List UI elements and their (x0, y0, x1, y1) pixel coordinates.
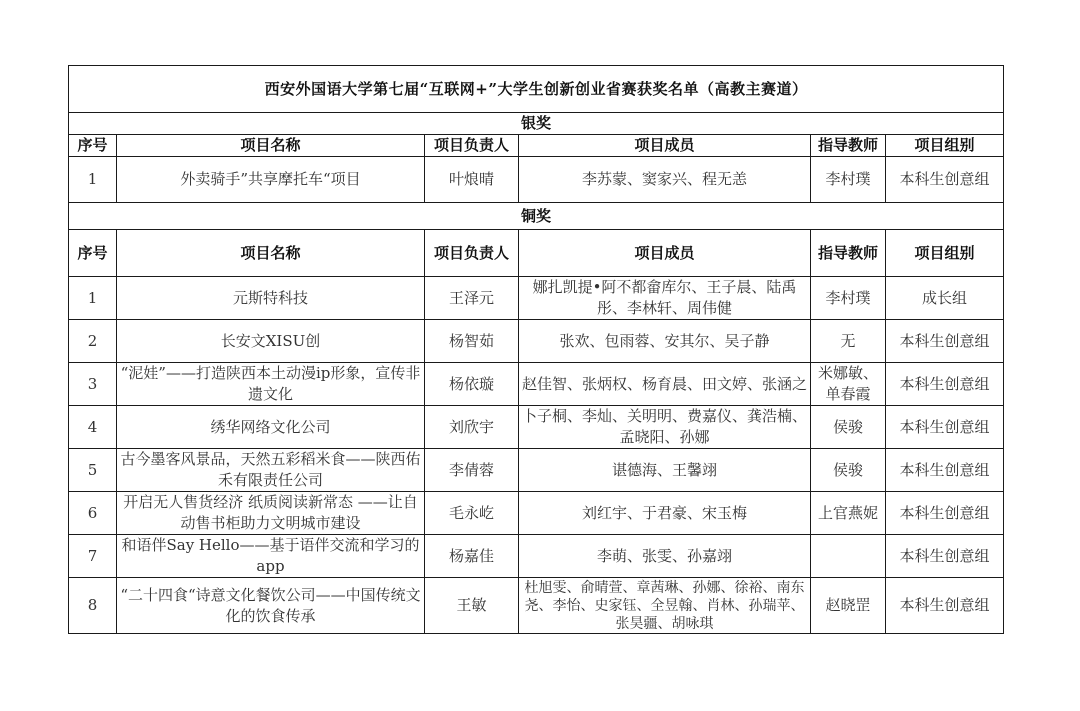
project-name: 古今墨客风景品，天然五彩稻米食——陕西佑禾有限责任公司 (117, 449, 425, 492)
table-row: 4 绣华网络文化公司 刘欣宇 卜子桐、李灿、关明明、费嘉仪、龚浩楠、孟晓阳、孙娜… (69, 406, 1004, 449)
table-row: 6 开启无人售货经济 纸质阅读新常态 ——让自动售书柜助力文明城市建设 毛永屹 … (69, 492, 1004, 535)
project-leader: 刘欣宇 (425, 406, 519, 449)
project-members: 娜扎凯提•阿不都畲库尔、王子晨、陆禹彤、李林轩、周伟健 (519, 277, 811, 320)
document-title: 西安外国语大学第七届“互联网+”大学生创新创业省赛获奖名单（高教主赛道） (69, 66, 1004, 113)
project-members: 赵佳智、张炳权、杨育晨、田文婷、张涵之 (519, 363, 811, 406)
project-group: 本科生创意组 (886, 363, 1004, 406)
row-number: 1 (69, 157, 117, 203)
project-name: “二十四食“诗意文化餐饮公司——中国传统文化的饮食传承 (117, 578, 425, 634)
advisor (811, 535, 886, 578)
row-number: 3 (69, 363, 117, 406)
project-leader: 王泽元 (425, 277, 519, 320)
column-header-no: 序号 (69, 230, 117, 277)
project-members: 杜旭雯、俞晴萱、章茜琳、孙娜、徐裕、南东尧、李怡、史家钰、全昱翰、肖林、孙瑞苹、… (519, 578, 811, 634)
advisor: 无 (811, 320, 886, 363)
project-name: 长安文XISU创 (117, 320, 425, 363)
project-leader: 王敏 (425, 578, 519, 634)
project-group: 成长组 (886, 277, 1004, 320)
section-heading-bronze: 铜奖 (69, 203, 1004, 230)
table-row: 7 和语伴Say Hello——基于语伴交流和学习的app 杨嘉佳 李萌、张雯、… (69, 535, 1004, 578)
project-members: 卜子桐、李灿、关明明、费嘉仪、龚浩楠、孟晓阳、孙娜 (519, 406, 811, 449)
project-members: 谌德海、王馨翊 (519, 449, 811, 492)
project-name: 开启无人售货经济 纸质阅读新常态 ——让自动售书柜助力文明城市建设 (117, 492, 425, 535)
advisor: 上官燕妮 (811, 492, 886, 535)
project-leader: 李倩蓉 (425, 449, 519, 492)
project-leader: 叶烺晴 (425, 157, 519, 203)
project-members: 李萌、张雯、孙嘉翊 (519, 535, 811, 578)
row-number: 4 (69, 406, 117, 449)
project-group: 本科生创意组 (886, 535, 1004, 578)
project-group: 本科生创意组 (886, 449, 1004, 492)
column-header-project: 项目名称 (117, 135, 425, 157)
project-name: 绣华网络文化公司 (117, 406, 425, 449)
advisor: 李村璞 (811, 157, 886, 203)
project-group: 本科生创意组 (886, 492, 1004, 535)
row-number: 6 (69, 492, 117, 535)
award-list-table: 西安外国语大学第七届“互联网+”大学生创新创业省赛获奖名单（高教主赛道） 银奖 … (68, 65, 1004, 634)
row-number: 7 (69, 535, 117, 578)
project-members: 张欢、包雨蓉、安其尔、吴子静 (519, 320, 811, 363)
row-number: 5 (69, 449, 117, 492)
project-members: 李苏蒙、窦家兴、程无恙 (519, 157, 811, 203)
column-header-advisor: 指导教师 (811, 230, 886, 277)
project-name: 和语伴Say Hello——基于语伴交流和学习的app (117, 535, 425, 578)
project-group: 本科生创意组 (886, 157, 1004, 203)
project-name: “泥娃”——打造陕西本土动漫ip形象，宣传非遗文化 (117, 363, 425, 406)
advisor: 侯骏 (811, 449, 886, 492)
project-name: 外卖骑手”共享摩托车“项目 (117, 157, 425, 203)
project-group: 本科生创意组 (886, 320, 1004, 363)
table-row: 1 元斯特科技 王泽元 娜扎凯提•阿不都畲库尔、王子晨、陆禹彤、李林轩、周伟健 … (69, 277, 1004, 320)
table-row: 5 古今墨客风景品，天然五彩稻米食——陕西佑禾有限责任公司 李倩蓉 谌德海、王馨… (69, 449, 1004, 492)
project-group: 本科生创意组 (886, 406, 1004, 449)
column-header-members: 项目成员 (519, 230, 811, 277)
column-header-row: 序号 项目名称 项目负责人 项目成员 指导教师 项目组别 (69, 135, 1004, 157)
project-group: 本科生创意组 (886, 578, 1004, 634)
column-header-group: 项目组别 (886, 230, 1004, 277)
column-header-no: 序号 (69, 135, 117, 157)
project-name: 元斯特科技 (117, 277, 425, 320)
project-leader: 毛永屹 (425, 492, 519, 535)
table-row: 8 “二十四食“诗意文化餐饮公司——中国传统文化的饮食传承 王敏 杜旭雯、俞晴萱… (69, 578, 1004, 634)
column-header-leader: 项目负责人 (425, 135, 519, 157)
column-header-leader: 项目负责人 (425, 230, 519, 277)
row-number: 8 (69, 578, 117, 634)
table-row: 2 长安文XISU创 杨智茹 张欢、包雨蓉、安其尔、吴子静 无 本科生创意组 (69, 320, 1004, 363)
advisor: 米娜敏、单春霞 (811, 363, 886, 406)
column-header-members: 项目成员 (519, 135, 811, 157)
row-number: 1 (69, 277, 117, 320)
column-header-group: 项目组别 (886, 135, 1004, 157)
section-heading-silver: 银奖 (69, 113, 1004, 135)
advisor: 侯骏 (811, 406, 886, 449)
column-header-advisor: 指导教师 (811, 135, 886, 157)
advisor: 李村璞 (811, 277, 886, 320)
column-header-project: 项目名称 (117, 230, 425, 277)
project-members: 刘红宇、于君豪、宋玉梅 (519, 492, 811, 535)
column-header-row: 序号 项目名称 项目负责人 项目成员 指导教师 项目组别 (69, 230, 1004, 277)
row-number: 2 (69, 320, 117, 363)
table-row: 3 “泥娃”——打造陕西本土动漫ip形象，宣传非遗文化 杨依璇 赵佳智、张炳权、… (69, 363, 1004, 406)
project-leader: 杨智茹 (425, 320, 519, 363)
project-leader: 杨嘉佳 (425, 535, 519, 578)
project-leader: 杨依璇 (425, 363, 519, 406)
table-row: 1 外卖骑手”共享摩托车“项目 叶烺晴 李苏蒙、窦家兴、程无恙 李村璞 本科生创… (69, 157, 1004, 203)
advisor: 赵晓罡 (811, 578, 886, 634)
